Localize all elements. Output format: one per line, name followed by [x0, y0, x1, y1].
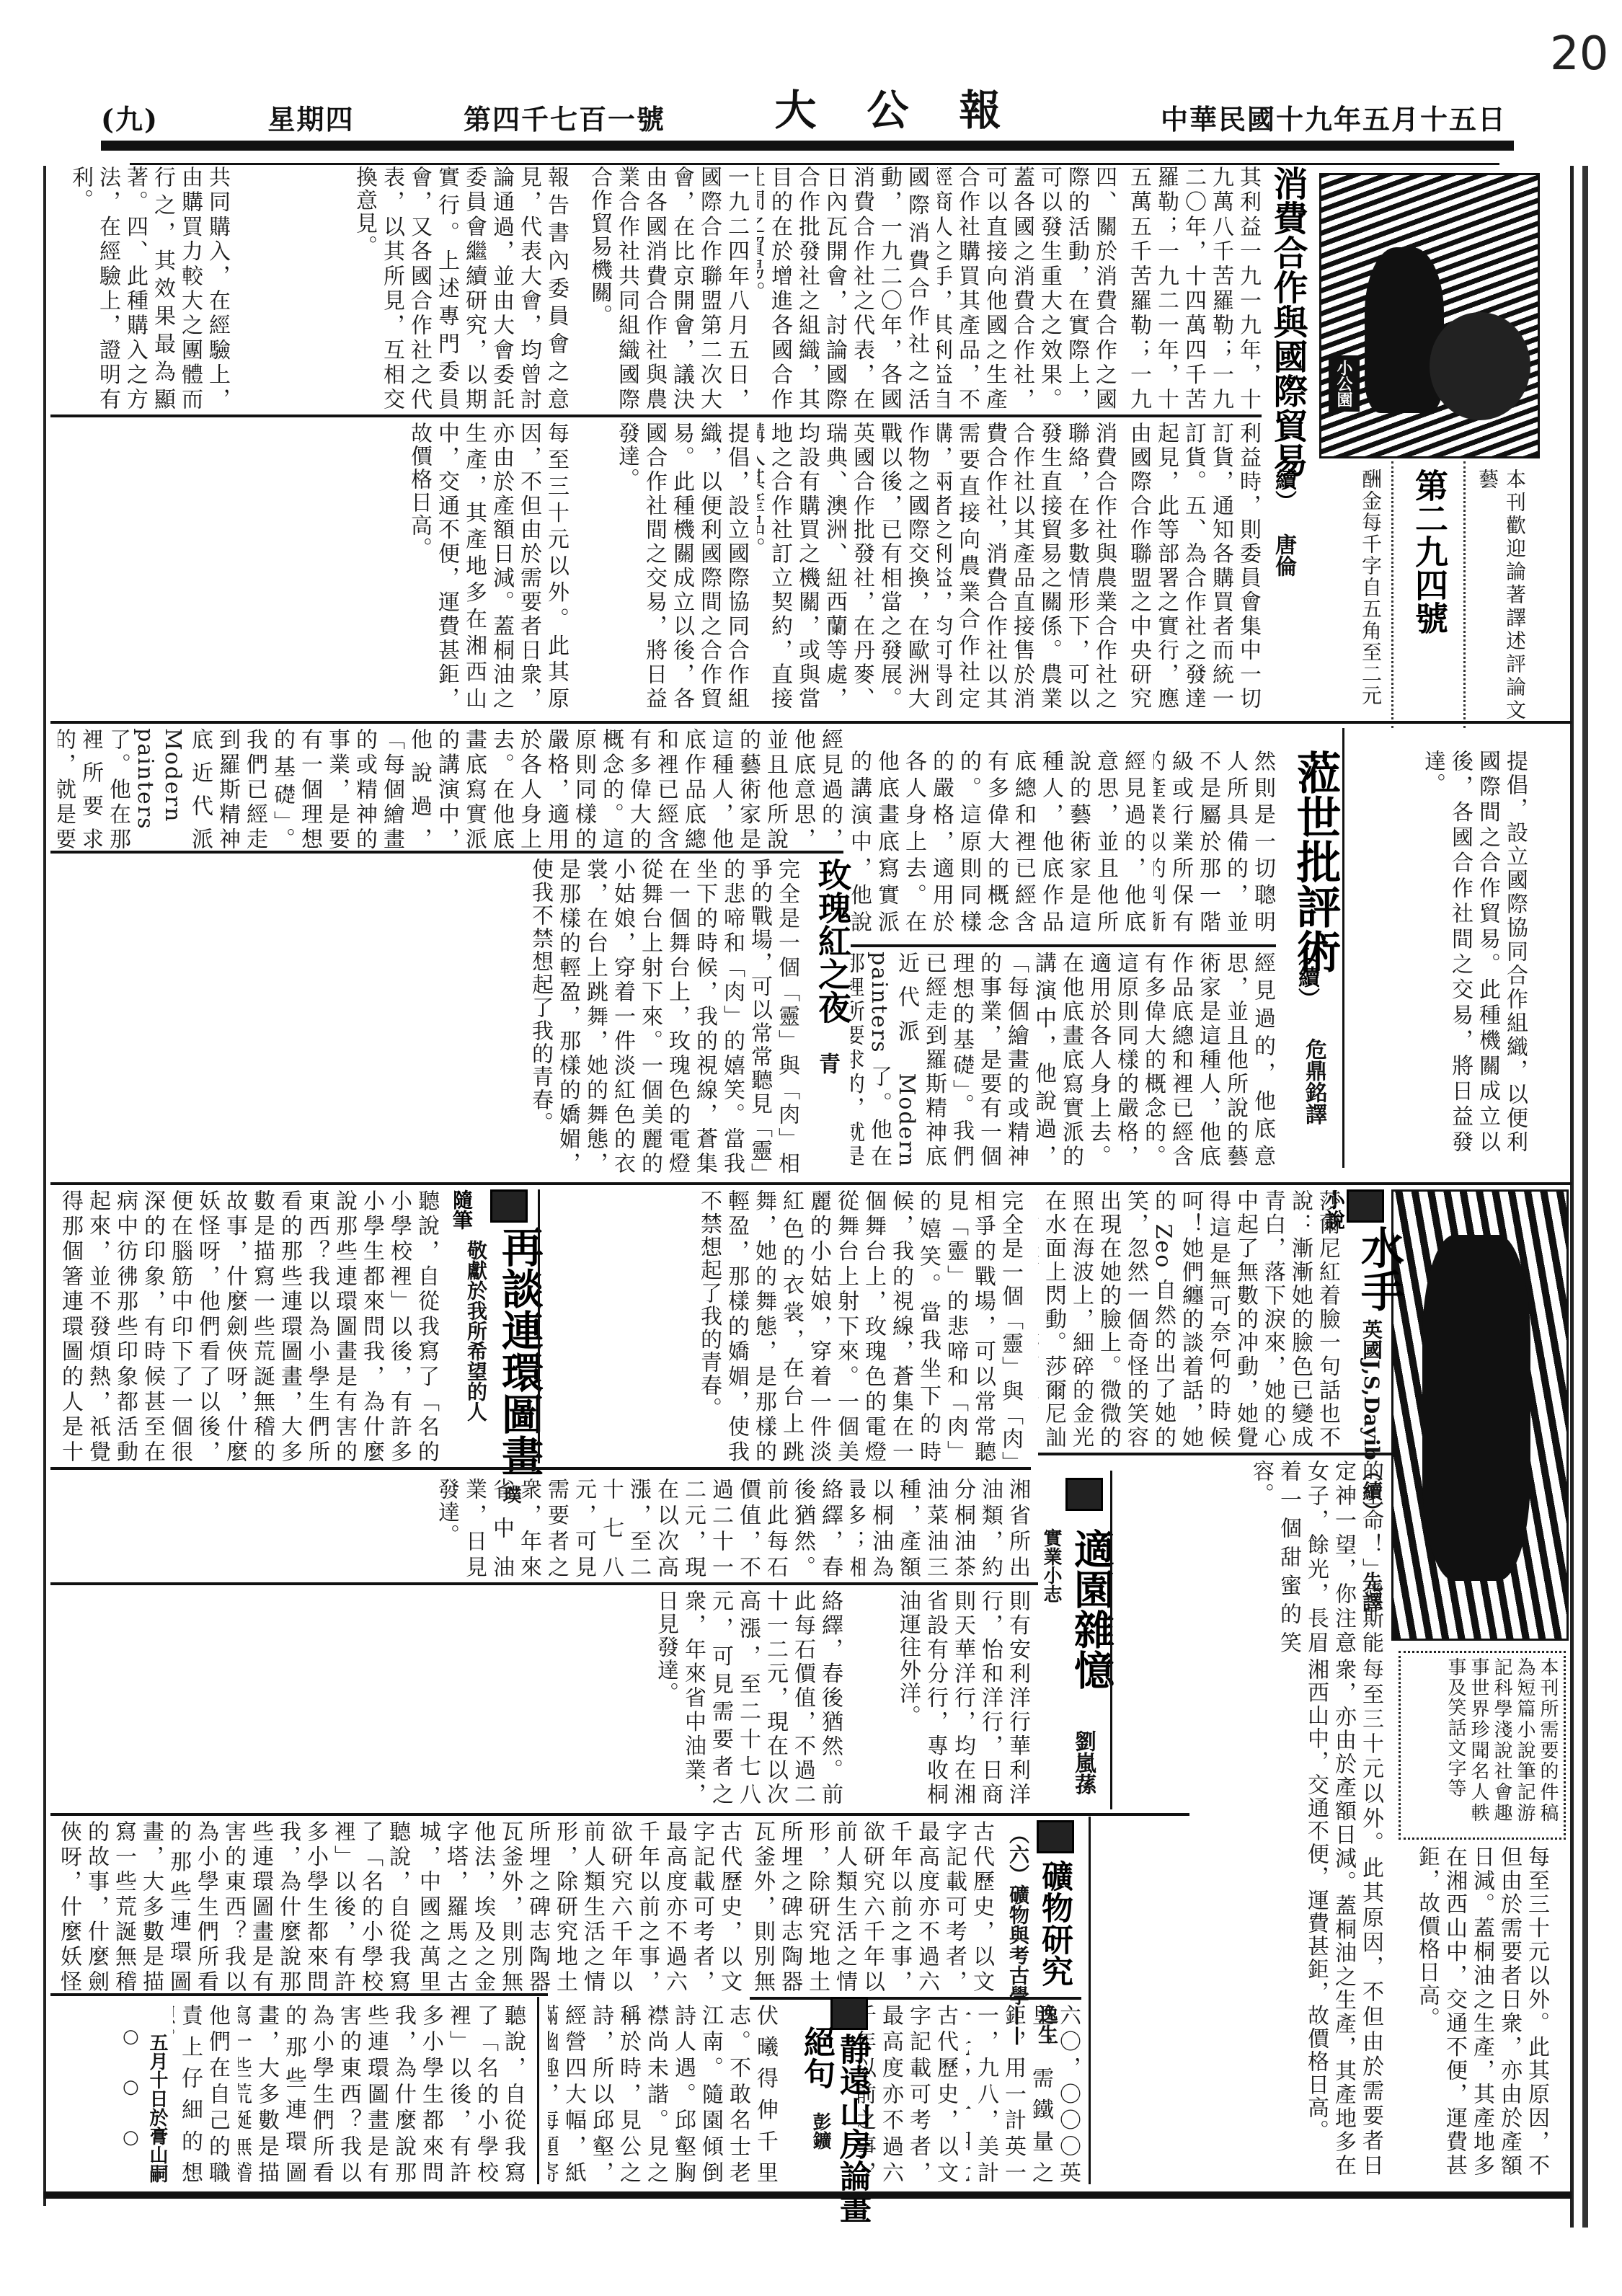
rider-figure-icon: [1365, 247, 1444, 413]
criticism-continued: 經見過的，他底意思，並且他所說的藝術家是這種人，他底作品底總和裡已經含有多偉大的…: [58, 728, 843, 851]
consumer-coop-col4: 消費合作社與農業合作社之聯絡，在多數情形下，可以發生直接貿易之關係。農業合作社以…: [937, 422, 1117, 710]
masthead-rule-thick: [101, 141, 1514, 151]
consumer-coop-col6: 作物之國際交換，在歐洲大戰以後，已有相當之發展。英國合作批發社，在丹麥、瑞典、澳…: [757, 422, 930, 710]
criticism-author: 危鼎銘譯: [1298, 1038, 1329, 1125]
divider: [538, 1189, 540, 1463]
consumer-coop-col1: 其利益一九一九年，十九萬八千苦羅勒；一九二〇年，十四萬四千苦羅勒；一九二一年，十…: [1125, 166, 1262, 411]
consumer-coop-col9: 報告書內委員會之意見，代表大會，均曾討論通過，並由大會委託委員會繼續研究，以期實…: [238, 166, 570, 411]
divider: [750, 1997, 1081, 2000]
painting-subtitle: 絕句: [793, 2026, 839, 2089]
divider: [50, 851, 843, 854]
issue-number: 第二九四號: [1406, 469, 1453, 634]
editorial-notice: 本刊歡迎論著譯述評論文藝 第二九四號 酬金每千字自五角至二元: [1319, 461, 1535, 735]
consumer-coop-col7: 一九二四年八月五日，國際合作聯盟第二次大會，在比京開會，議決由各國消費合作社與農…: [577, 166, 750, 411]
minerals-title: 礦物研究: [1031, 1860, 1077, 1987]
divider: [851, 944, 1276, 947]
closing-text: 他們在自己的職責上仔細的想想。: [173, 2004, 231, 2184]
rose-night-body: 完全是一個「靈」與「肉」相爭的戰場，可以常常聽見「靈」的悲啼和「肉」的嬉笑。當我…: [58, 858, 800, 1175]
comics-title: 再談連環圖畫: [489, 1225, 549, 1476]
consumer-coop-col8: 提倡，設立國際協同合作組織，以便利國際間之合作貿易。此種機關成立以後，各國合作社…: [577, 422, 750, 710]
masthead-rule-thin: [130, 163, 1499, 165]
consumer-coop-col10: 共同購入，在經驗上，由購買力較大之團體而行之，其效果最為顯著。四、此種購入之方法…: [58, 166, 231, 411]
criticism-cont: （續）: [1290, 944, 1322, 1009]
divider: [50, 1993, 548, 1996]
memoir-subtitle: 實業小志: [1038, 1528, 1065, 1603]
divider: [1089, 1817, 1091, 2184]
comics-section: 隨筆: [447, 1189, 476, 1230]
divider: [937, 415, 1262, 417]
section-marker-icon: [1065, 1478, 1103, 1511]
consumer-coop-col5: 國際消費合作社之活動，一九二〇年，各國消費合作社之代表，在日內瓦開會，討論國際合…: [757, 166, 930, 411]
consumer-coop-author: 唐倫: [1267, 533, 1299, 577]
masthead-weekday: 星期四: [267, 97, 354, 137]
minerals-continued: 古代歷史，以文字記載可考者，最高度亦不過六千年以前之事，欲研究六千年以前人類生活…: [418, 1820, 743, 1993]
section-marker-icon: [1037, 1820, 1074, 1853]
divider: [1038, 1453, 1391, 1455]
criticism-body-upper: 經見過的，他底意思，並且他所說的藝術家是這種人，他底作品底總和裡已經含有多偉大的…: [851, 750, 1146, 934]
page-frame-left: [43, 166, 46, 2206]
comics-subtitle: 敬獻於我所希望的人: [461, 1240, 490, 1422]
memoir-col2: 則有安利洋行華利洋行，怡和洋行，日商則天華洋行，均在湘省設有分行，專收桐油運往外…: [851, 1590, 1031, 1806]
page-frame-right: [1570, 166, 1574, 2228]
divider: [1110, 1471, 1112, 1809]
consumer-coop-col2: 利益時，則委員會集中一切訂貨，通知各購買者而統一訂貨。五、為合作社之發達起見，此…: [1125, 422, 1262, 710]
memoir-author: 劉嵐蓀: [1067, 1730, 1099, 1795]
section-divider: [50, 1182, 1572, 1185]
criticism-body: 經見過的，他底意思，並且他所說的藝術家是這種人，他底作品底總和裡已經含有多偉大的…: [851, 952, 1276, 1168]
section-divider: [50, 1813, 1189, 1816]
consumer-coop-side: 提倡，設立國際協同合作組織，以便利國際間之合作貿易。此種機關成立以後，各國合作社…: [1355, 750, 1528, 1153]
consumer-coop-col11: 每至三十元以外。此其原因，不但由於需要者日衆，亦由於產額日減。蓋桐油之生產，其產…: [58, 422, 570, 710]
comics-continued: 聽說，自從我寫了「名的小學校裡」以後，有許多小學生都來問我，為什麼說那些連環圖畫…: [58, 1820, 411, 1993]
column-label: 小公園: [1329, 355, 1360, 412]
painting-author: 彭鑛: [807, 2112, 834, 2150]
submission-notice-box: 本刊所需要的件稿為短篇小說筆記游記科學淺說社會趣事世界珍聞名人軼事及笑話文字等: [1399, 1651, 1566, 1840]
masthead: 中華民國十九年五月十五日 大公報 第四千七百一號 星期四 (九): [101, 79, 1507, 137]
divider: [50, 1582, 843, 1585]
minerals-body: 古代歷史，以文字記載可考者，最高度亦不過六千年以前之事，欲研究六千年以前人類生活…: [750, 1820, 995, 1993]
criticism-title: 蒞世批評術: [1283, 750, 1347, 973]
memoir-col1: 湘省所出油類，約分桐油茶油菜油三種，產額以桐油為最多；湘西一帶，洪江常德其尤多者…: [851, 1478, 1031, 1579]
comics-body: 聽說，自從我寫了「名的小學校裡」以後，有許多小學生都來問我，為什麼說那些連環圖畫…: [58, 1189, 440, 1463]
comics-lower: 聽說，自從我寫了「名的小學校裡」以後，有許多小學生都來問我，為什麼說那些連環圖畫…: [238, 2004, 526, 2184]
page-frame-right-outer: [1582, 166, 1588, 2228]
criticism-intro: 然則是一切聰明人所具備的，並不是屬於那一階級或行業所保有的產業似的判斷力或正確的…: [1153, 750, 1276, 934]
masthead-title: 大公報: [774, 76, 1051, 137]
wavy-divider: [1463, 461, 1468, 728]
closing-dateline: 五月十日於膏山嗣: [144, 2033, 171, 2183]
submission-notice-text: 本刊所需要的件稿為短篇小說筆記游記科學淺說社會趣事世界珍聞名人軼事及笑話文字等: [1415, 1657, 1559, 1823]
section-marker-icon: [1347, 1189, 1384, 1223]
minerals-stats: 六〇，〇〇〇英里，需鐵量之鉅，用一計英一一，九八，美計一七，一四七噸，是則: [966, 2004, 1081, 2184]
woodcut-sailor-illustration: [1391, 1189, 1569, 1641]
memoir-col3: 絡繹，春後猶然。前此每石價值，不過二十一二元，現在以次高漲，至二十七八元，可見需…: [58, 1478, 843, 1579]
circle-ornament-icon: ○: [123, 2127, 139, 2148]
divider: [843, 1582, 1038, 1585]
rose-night-author: 青: [811, 1052, 843, 1074]
masthead-page: (九): [101, 97, 159, 137]
divider: [1342, 728, 1344, 1168]
woodcut-rider-illustration: 小公園: [1319, 173, 1540, 458]
sailor-body-lower: 的生命！」愛斯能定神一望，你注意女子，餘光，長眉着一個甜蜜的笑容。: [1182, 1460, 1384, 1654]
circle-ornament-icon: ○: [123, 2026, 139, 2047]
consumer-coop-title: 消費合作與國際貿易: [1263, 166, 1313, 477]
rose-night-title: 玫瑰紅之夜: [809, 858, 856, 1024]
rose-night-continued: 完全是一個「靈」與「肉」相爭的戰場，可以常常聽見「靈」的悲啼和「肉」的嬉笑。當我…: [548, 1189, 1024, 1463]
call-for-papers: 本刊歡迎論著譯述評論文藝: [1478, 469, 1528, 721]
payment-terms: 酬金每千字自五角至二元: [1319, 469, 1384, 721]
section-divider: [50, 721, 1572, 724]
horse-figure-icon: [1430, 312, 1530, 420]
divider: [50, 415, 937, 417]
section-marker-icon: [490, 1189, 528, 1223]
consumer-coop-col3: 四、關於消費合作之國際的活動，在實際上，可以發生重大之效果。蓋各國之消費合作社，…: [937, 166, 1117, 411]
memoir-col4: 絡繹，春後猶然。前此每石價值，不過二十一二元，現在以次高漲，至二十七八元，可見需…: [58, 1590, 843, 1806]
oil-trade-corner: 每至三十元以外。此其原因，不但由於需要者日衆，亦由於產額日減。蓋桐油之生產，其產…: [1399, 1845, 1550, 2177]
masthead-issue: 第四千七百一號: [464, 97, 665, 137]
consumer-coop-cont: （續）: [1267, 447, 1299, 512]
divider: [50, 1467, 1031, 1470]
sailor-title: 水手: [1348, 1225, 1410, 1312]
sailor-body: 莎爾尼紅着臉一句話也不說：漸漸她的臉色已變成青白，落下淚來，她的心中起了無數的冲…: [1038, 1189, 1341, 1449]
circle-ornament-icon: ○: [123, 2076, 139, 2098]
divider: [537, 1997, 539, 2184]
masthead-date: 中華民國十九年五月十五日: [1161, 97, 1507, 137]
bottom-rule: [43, 2191, 1572, 2199]
painting-body: 伏曦得伸千里志。不敢名士老江南。隨園傾倒詩人遇。邱壑胸襟尚未諧。見之稱於時，見公…: [548, 2004, 779, 2184]
page-number: 20: [1550, 27, 1608, 81]
wavy-divider: [1391, 461, 1396, 728]
sailor-figure-icon: [1422, 1235, 1530, 1581]
oil-trade-side: 每至三十元以外。此其原因，不但由於需要者日衆，亦由於產額日減。蓋桐油之生產，其產…: [1182, 1658, 1384, 2177]
